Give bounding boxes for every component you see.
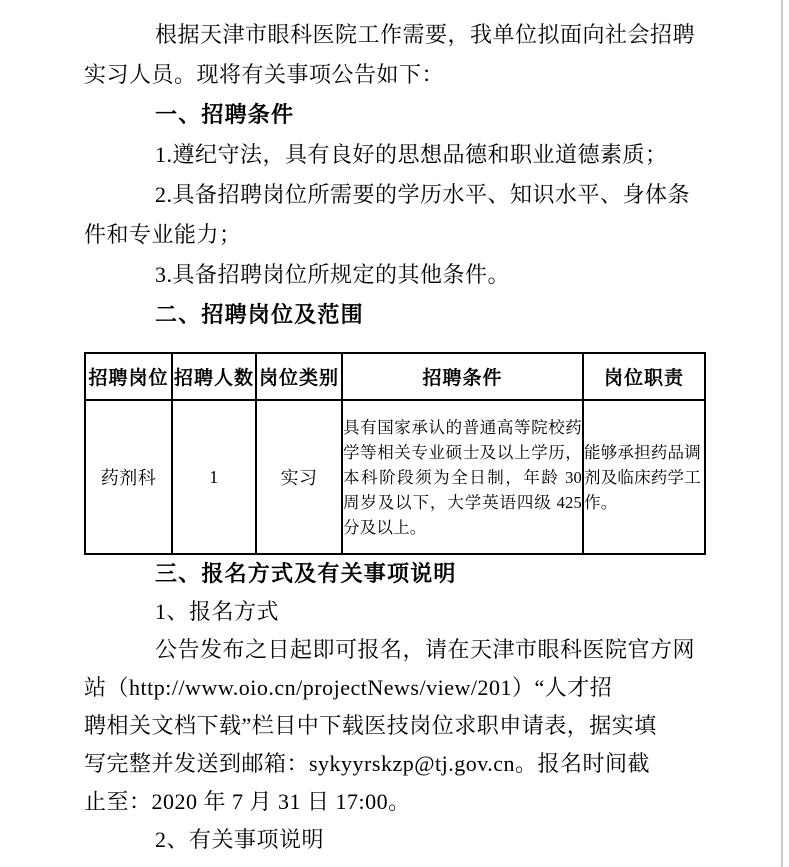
table-row: 药剂科 1 实习 具有国家承认的普通高等院校药学等相关专业硕士及以上学历，本科阶… [85,400,705,554]
document-page: 根据天津市眼科医院工作需要，我单位拟面向社会招聘 实习人员。现将有关事项公告如下… [0,0,789,867]
table-header-count: 招聘人数 [172,353,256,400]
table-header-category: 岗位类别 [256,353,342,400]
cell-post: 药剂科 [85,400,172,554]
section-3: 三、报名方式及有关事项说明 1、报名方式 公告发布之日起即可报名，请在天津市眼科… [84,555,704,859]
section-1-item-2-line-1: 2.具备招聘岗位所需要的学历水平、知识水平、身体条 [84,175,704,215]
cell-requirements: 具有国家承认的普通高等院校药学等相关专业硕士及以上学历，本科阶段须为全日制，年龄… [342,400,583,554]
section-3-heading: 三、报名方式及有关事项说明 [84,555,704,593]
section-3-sub-1: 1、报名方式 [84,593,704,631]
cell-count: 1 [172,400,256,554]
page-right-edge-divider [781,0,783,867]
recruitment-table: 招聘岗位 招聘人数 岗位类别 招聘条件 岗位职责 药剂科 1 实习 具有国家承认… [84,352,706,555]
apply-line-5: 止至：2020 年 7 月 31 日 17:00。 [84,783,704,821]
section-1-heading: 一、招聘条件 [84,95,704,135]
apply-line-2: 站（http://www.oio.cn/projectNews/view/201… [84,669,704,707]
cell-category: 实习 [256,400,342,554]
apply-line-3: 聘相关文档下载”栏目中下载医技岗位求职申请表，据实填 [84,707,704,745]
intro-line-1: 根据天津市眼科医院工作需要，我单位拟面向社会招聘 [84,15,704,55]
table-header-row: 招聘岗位 招聘人数 岗位类别 招聘条件 岗位职责 [85,353,705,400]
document-content: 根据天津市眼科医院工作需要，我单位拟面向社会招聘 实习人员。现将有关事项公告如下… [84,15,704,859]
apply-line-4: 写完整并发送到邮箱：sykyyrskzp@tj.gov.cn。报名时间截 [84,745,704,783]
section-2-heading: 二、招聘岗位及范围 [84,295,704,335]
table-header-duties: 岗位职责 [583,353,705,400]
section-1-item-1: 1.遵纪守法，具有良好的思想品德和职业道德素质； [84,135,704,175]
cell-duties: 能够承担药品调剂及临床药学工作。 [583,400,705,554]
section-1-item-3: 3.具备招聘岗位所规定的其他条件。 [84,255,704,295]
section-1-item-2-line-2: 件和专业能力； [84,215,704,255]
intro-line-2: 实习人员。现将有关事项公告如下： [84,55,704,95]
apply-line-1: 公告发布之日起即可报名，请在天津市眼科医院官方网 [84,631,704,669]
table-header-post: 招聘岗位 [85,353,172,400]
table-header-requirements: 招聘条件 [342,353,583,400]
section-3-sub-2: 2、有关事项说明 [84,821,704,859]
